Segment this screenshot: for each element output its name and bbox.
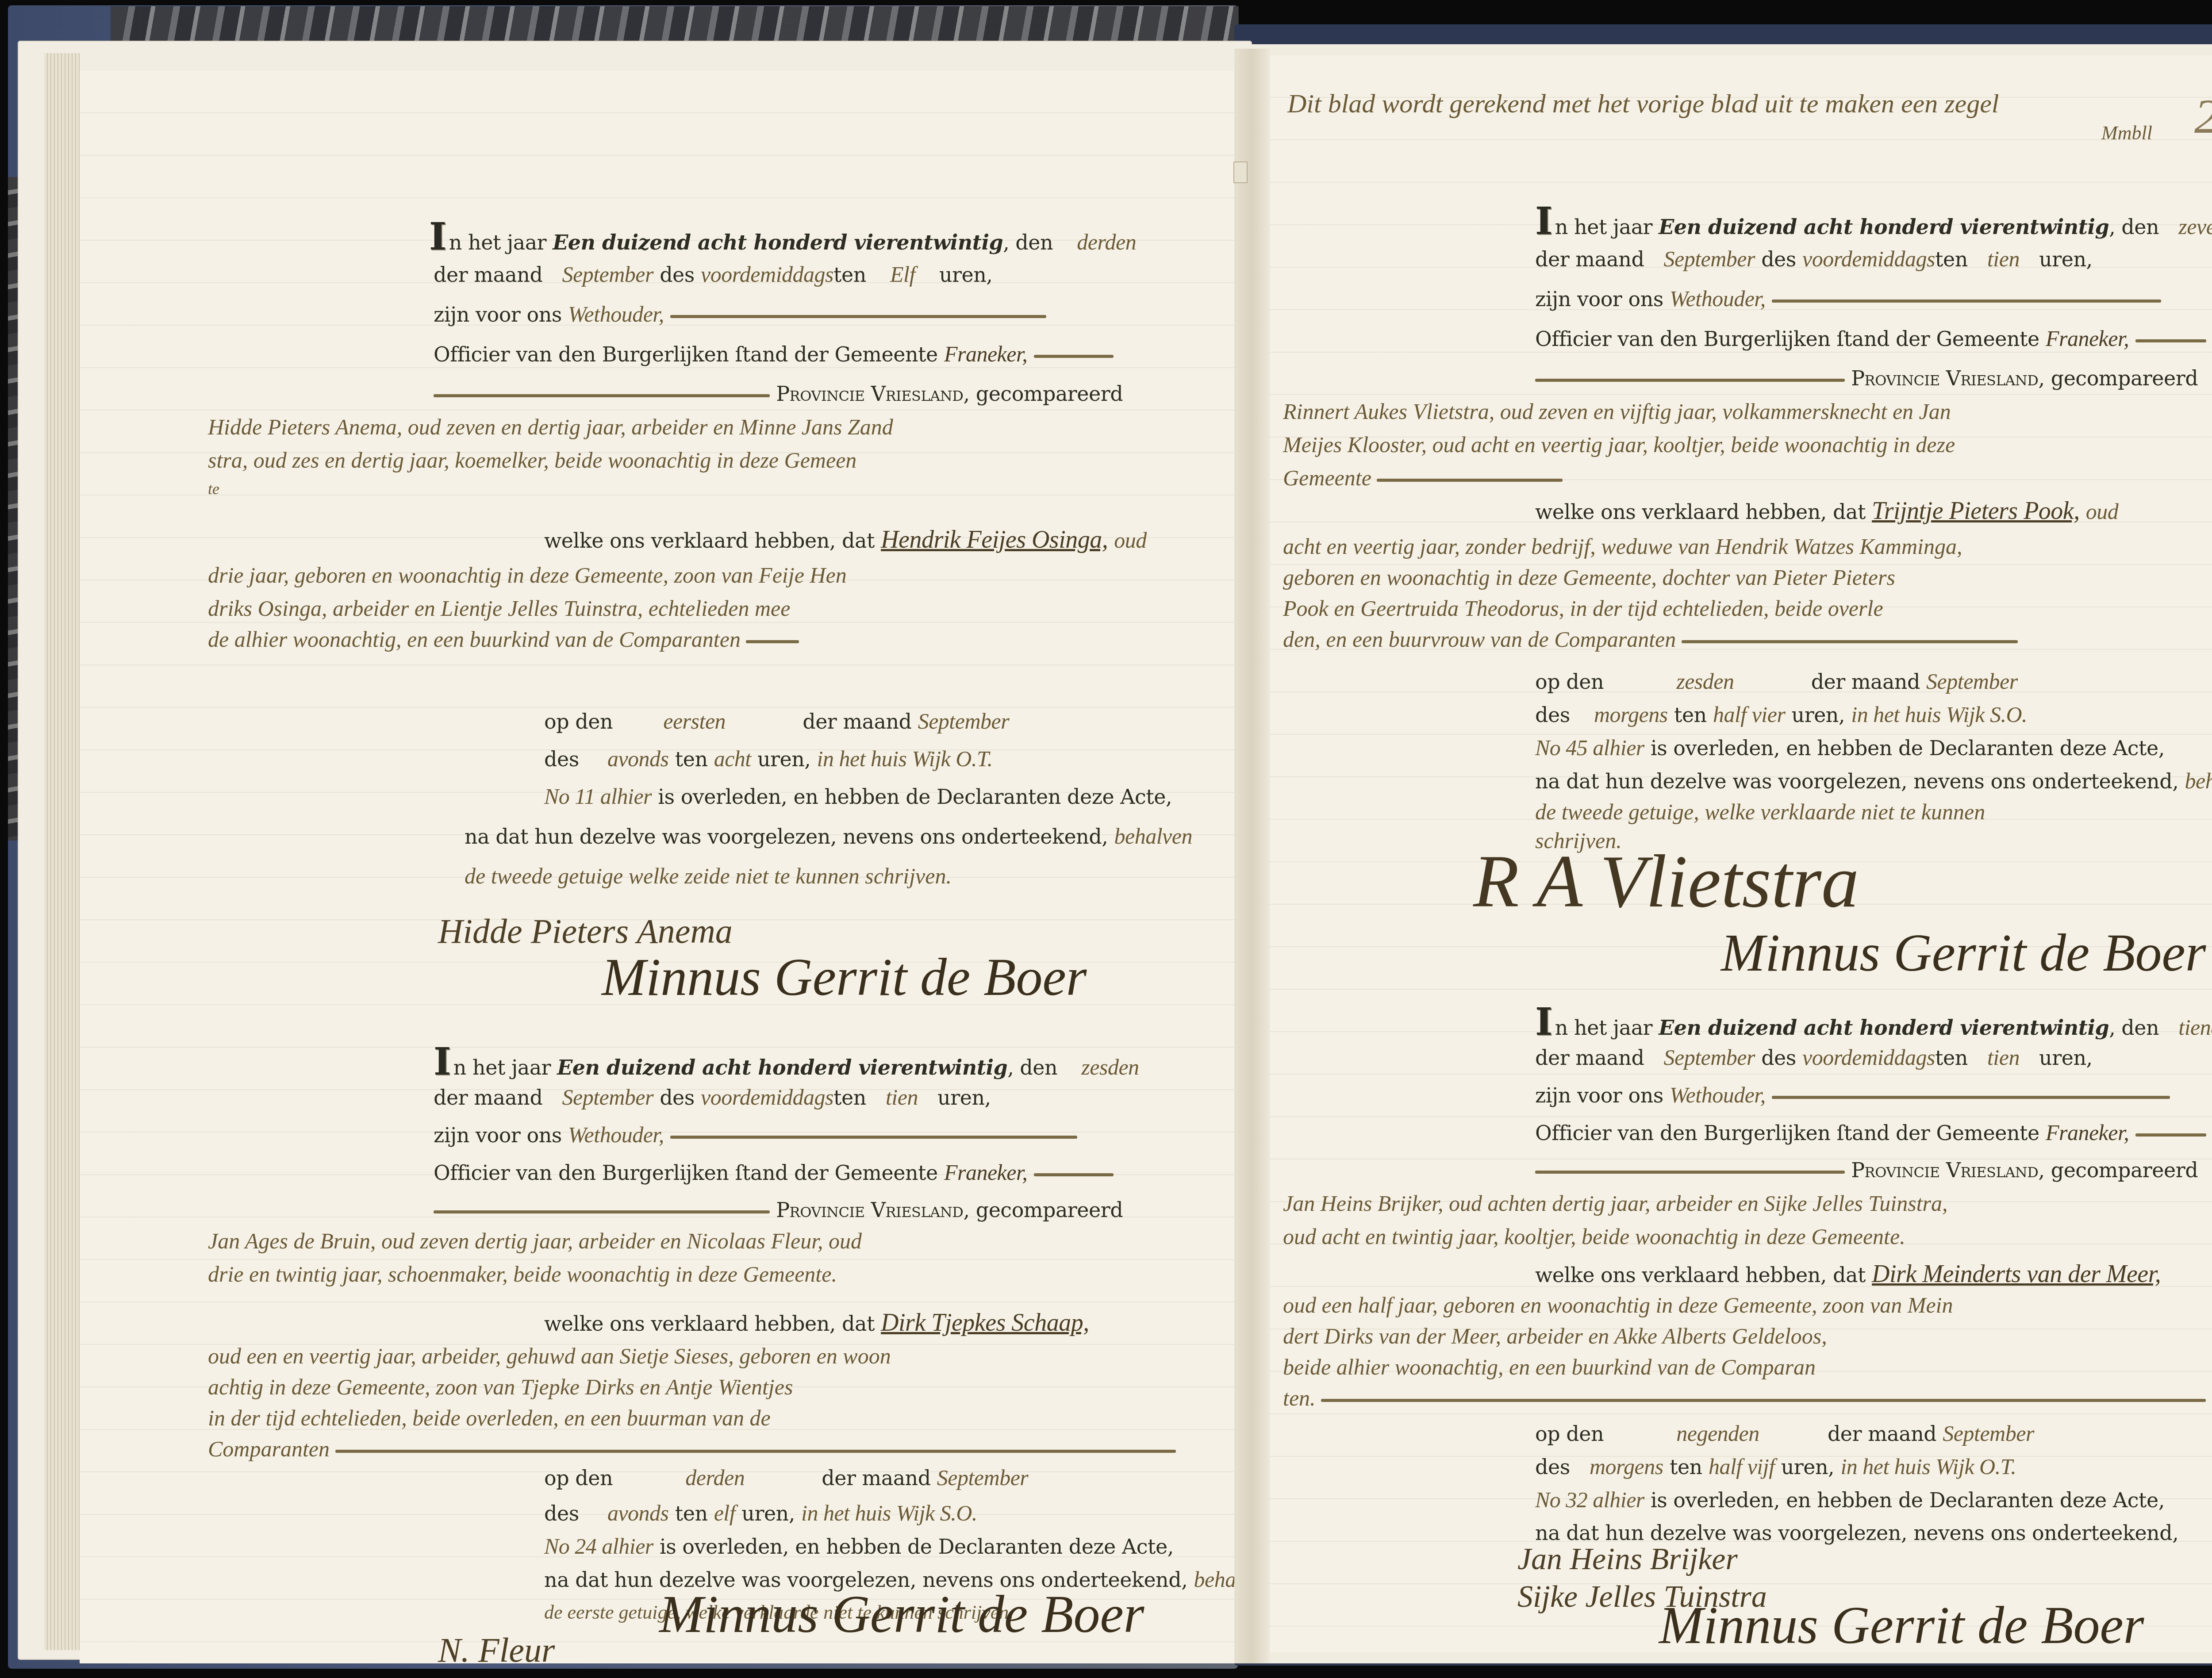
declarants-line: Gemeente: [1283, 465, 1563, 491]
printed-text: ten: [675, 747, 708, 771]
witness-signature: Jan Heins Brijker: [1517, 1542, 1738, 1577]
death-time-of-day: morgens: [1594, 702, 1668, 727]
official-title: Wethouder,: [568, 302, 664, 326]
official-signature: Minnus Gerrit de Boer: [1721, 922, 2206, 983]
death-place-line: No 24 alhier is overleden, en hebben de …: [544, 1533, 1174, 1560]
printed-text: welke ons verklaard hebben, dat: [544, 1312, 875, 1336]
death-place: in het huis Wijk S.O.: [801, 1501, 977, 1525]
printed-text: ten: [1935, 247, 1968, 271]
decorated-initial: I: [1535, 206, 1552, 237]
death-month: September: [937, 1465, 1029, 1490]
filler-rule: [670, 315, 1046, 318]
printed-text: uren,: [937, 1086, 991, 1110]
printed-text: na dat hun dezelve was voorgelezen, neve…: [1535, 769, 2178, 793]
death-time-of-day: avonds: [607, 1501, 669, 1525]
official-signature: Minnus Gerrit de Boer: [1659, 1595, 2144, 1656]
act-heading: In het jaar Een duizend acht honderd vie…: [1535, 206, 2212, 240]
left-page: In het jaar Een duizend acht honderd vie…: [80, 71, 1248, 1663]
printed-text: ten: [833, 263, 866, 287]
death-time-line: des avonds ten acht uren, in het huis Wi…: [544, 745, 993, 772]
deceased-detail: geboren en woonachtig in deze Gemeente, …: [1283, 564, 1895, 591]
deceased-detail: oud een half jaar, geboren en woonachtig…: [1283, 1292, 1953, 1318]
death-day: eersten: [663, 709, 726, 733]
printed-text: n het jaar: [453, 1056, 551, 1079]
printed-text: ten: [1670, 1455, 1702, 1479]
decorated-initial: I: [1535, 1006, 1552, 1037]
printed-text: ten: [675, 1501, 708, 1525]
printed-text: Officier van den Burgerlijken ſtand der …: [1535, 327, 2039, 351]
printed-text: zijn voor ons: [1535, 1083, 1663, 1107]
official-signature: Minnus Gerrit de Boer: [602, 947, 1087, 1008]
filler-rule: [1377, 479, 1563, 482]
death-place: in het huis Wijk O.T.: [1840, 1454, 2016, 1479]
deceased-name: Dirk Tjepkes Schaap,: [881, 1309, 1089, 1336]
official-line: zijn voor ons Wethouder,: [1535, 285, 2161, 312]
printed-text: ten: [1935, 1046, 1968, 1070]
deceased-detail: in der tijd echtelieden, beide overleden…: [208, 1405, 771, 1431]
year-phrase: Een duizend acht honderd vierentwintig: [1659, 215, 2109, 239]
province-name: Provincie Vriesland: [776, 382, 963, 406]
municipality-line: Officier van den Burgerlijken ſtand der …: [434, 1159, 1114, 1186]
death-place-number: No 11 alhier: [544, 784, 652, 809]
official-signature: Minnus Gerrit de Boer: [659, 1584, 1144, 1645]
province-name: Provincie Vriesland: [1851, 1158, 2038, 1182]
printed-text: uren,: [741, 1501, 795, 1525]
declarants-line: Rinnert Aukes Vlietstra, oud zeven en vi…: [1283, 398, 1951, 425]
filler-rule: [670, 1136, 1077, 1139]
deceased-detail-text: Comparanten: [208, 1436, 330, 1461]
printed-text: des: [660, 1086, 695, 1110]
printed-text: na dat hun dezelve was voorgelezen, neve…: [465, 825, 1108, 849]
printed-text: des: [1761, 1046, 1796, 1070]
filler-rule: [1535, 379, 1845, 382]
printed-text: der maand: [434, 263, 542, 287]
deceased-name: Trijntje Pieters Pook,: [1872, 497, 2080, 525]
official-title: Wethouder,: [568, 1122, 664, 1147]
death-hour: half vijf: [1709, 1454, 1775, 1479]
month-line: der maand September des voordemiddagsten…: [1535, 246, 2093, 273]
deceased-detail-text: den, en een buurvrouw van de Comparanten: [1283, 627, 1676, 652]
deceased-detail: oud: [2086, 499, 2119, 524]
printed-text: , gecompareerd: [963, 1198, 1123, 1222]
deceased-detail: drie jaar, geboren en woonachtig in deze…: [208, 562, 847, 588]
deceased-line: welke ons verklaard hebben, dat Dirk Mei…: [1535, 1261, 2161, 1288]
signature-exception-detail: de tweede getuige welke zeide niet te ku…: [465, 863, 952, 889]
printed-text: is overleden, en hebben de Declaranten d…: [1651, 1488, 2165, 1512]
signature-exception: behalven: [1114, 824, 1192, 849]
printed-text: n het jaar: [1555, 1016, 1652, 1040]
death-date-line: op den zesden der maand September: [1535, 668, 2018, 695]
registration-month: September: [1663, 246, 1755, 271]
filler-rule: [335, 1450, 1176, 1453]
printed-text: des: [544, 1501, 579, 1525]
filler-rule: [2135, 339, 2206, 342]
death-place-line: No 32 alhier is overleden, en hebben de …: [1535, 1486, 2165, 1513]
deceased-detail-text: de alhier woonachtig, en een buurkind va…: [208, 627, 741, 652]
printed-text: des: [660, 263, 695, 287]
printed-text: op den: [544, 1466, 613, 1490]
printed-text: des: [1535, 703, 1570, 727]
printed-text: welke ons verklaard hebben, dat: [1535, 1263, 1866, 1287]
printed-text: der maand: [1811, 670, 1920, 694]
printed-text: , gecompareerd: [963, 382, 1123, 406]
printed-text: is overleden, en hebben de Declaranten d…: [660, 1535, 1174, 1559]
margin-note-initials: Mmbll: [2101, 122, 2152, 144]
death-place: in het huis Wijk S.O.: [1851, 702, 2027, 727]
registration-month: September: [562, 262, 653, 287]
declarants-line: te: [208, 476, 219, 502]
month-line: der maand September des voordemiddagsten…: [434, 261, 993, 288]
death-hour: elf: [714, 1501, 735, 1525]
filler-rule: [434, 1210, 770, 1213]
municipality-line: Officier van den Burgerlijken ſtand der …: [1535, 1119, 2206, 1146]
deceased-detail: den, en een buurvrouw van de Comparanten: [1283, 626, 2018, 653]
witness-signature: Hidde Pieters Anema: [438, 911, 733, 951]
printed-text: zijn voor ons: [434, 1123, 562, 1147]
municipality: Franeker,: [944, 342, 1028, 366]
official-line: zijn voor ons Wethouder,: [1535, 1082, 2170, 1109]
printed-text: Officier van den Burgerlijken ſtand der …: [434, 1161, 938, 1185]
death-time-line: des morgens ten half vijf uren, in het h…: [1535, 1453, 2016, 1480]
printed-text: Officier van den Burgerlijken ſtand der …: [1535, 1121, 2039, 1145]
filler-rule: [2135, 1133, 2206, 1137]
witness-signature: N. Fleur: [438, 1630, 555, 1670]
registration-day: tienden: [2178, 1015, 2212, 1040]
decorated-initial: I: [429, 221, 446, 252]
death-place-line: No 11 alhier is overleden, en hebben de …: [544, 783, 1172, 810]
death-place-number: No 45 alhier: [1535, 735, 1644, 760]
printed-text: des: [1535, 1455, 1570, 1479]
filler-rule: [1682, 640, 2018, 643]
deceased-detail: ten.: [1283, 1385, 2206, 1411]
printed-text: is overleden, en hebben de Declaranten d…: [1651, 736, 2165, 760]
death-month: September: [1943, 1421, 2034, 1446]
filler-rule: [1772, 300, 2161, 303]
death-time-line: des morgens ten half vier uren, in het h…: [1535, 701, 2027, 728]
declarants-line: Hidde Pieters Anema, oud zeven en dertig…: [208, 414, 893, 440]
act-heading: In het jaar Een duizend acht honderd vie…: [429, 221, 1136, 256]
declarants-line: stra, oud zes en dertig jaar, koemelker,…: [208, 447, 856, 473]
printed-text: , gecompareerd: [2038, 366, 2198, 390]
read-aloud-line: na dat hun dezelve was voorgelezen, neve…: [1535, 768, 2212, 795]
printed-text: op den: [1535, 670, 1604, 694]
official-line: zijn voor ons Wethouder,: [434, 301, 1046, 328]
registration-hour: tien: [1987, 246, 2020, 271]
act-heading: In het jaar Een duizend acht honderd vie…: [434, 1046, 1139, 1081]
printed-text: der maand: [803, 710, 911, 733]
printed-text: op den: [544, 710, 613, 733]
printed-text: , den: [2109, 1016, 2159, 1040]
deceased-line: welke ons verklaard hebben, dat Trijntje…: [1535, 498, 2118, 525]
filler-rule: [434, 394, 770, 397]
death-day: zesden: [1676, 669, 1734, 694]
month-line: der maand September des voordemiddagsten…: [434, 1084, 991, 1111]
province-line: Provincie Vriesland, gecompareerd: [434, 1197, 1123, 1223]
year-phrase: Een duizend acht honderd vierentwintig: [1659, 1016, 2109, 1040]
declarants-line: Jan Heins Brijker, oud achten dertig jaa…: [1283, 1190, 1948, 1217]
death-place-line: No 45 alhier is overleden, en hebben de …: [1535, 734, 2165, 761]
registration-month: September: [1663, 1045, 1755, 1070]
printed-text: welke ons verklaard hebben, dat: [1535, 500, 1866, 524]
printed-text: ten: [1674, 703, 1707, 727]
deceased-line: welke ons verklaard hebben, dat Hendrik …: [544, 526, 1147, 554]
year-phrase: Een duizend acht honderd vierentwintig: [557, 1056, 1007, 1079]
death-place-number: No 24 alhier: [544, 1534, 653, 1559]
witness-signature: R A Vlietstra: [1473, 838, 1859, 925]
deceased-detail-text: ten.: [1283, 1386, 1316, 1410]
printed-text: der maand: [1535, 1046, 1644, 1070]
signature-exception: behalven: [2185, 768, 2212, 793]
deceased-detail: acht en veertig jaar, zonder bedrijf, we…: [1283, 533, 1962, 560]
read-aloud-line: na dat hun dezelve was voorgelezen, neve…: [465, 823, 1192, 850]
deceased-detail: oud: [1114, 528, 1147, 553]
printed-text: Officier van den Burgerlijken ſtand der …: [434, 342, 938, 366]
deceased-detail: oud een en veertig jaar, arbeider, gehuw…: [208, 1343, 891, 1369]
official-line: zijn voor ons Wethouder,: [434, 1121, 1077, 1148]
deceased-detail: beide alhier woonachtig, en een buurkind…: [1283, 1354, 1816, 1380]
year-phrase: Een duizend acht honderd vierentwintig: [553, 230, 1003, 254]
municipality-line: Officier van den Burgerlijken ſtand der …: [434, 341, 1114, 368]
declarants-line: oud acht en twintig jaar, kooltjer, beid…: [1283, 1223, 1905, 1250]
death-date-line: op den negenden der maand September: [1535, 1420, 2034, 1447]
death-hour: half vier: [1713, 702, 1786, 727]
book-gutter: [1234, 49, 1270, 1663]
filler-rule: [1321, 1399, 2206, 1402]
printed-text: der maand: [1828, 1422, 1936, 1446]
registration-time-of-day: voordemiddags: [701, 1085, 833, 1110]
printed-text: der maand: [434, 1086, 542, 1110]
printed-text: zijn voor ons: [434, 303, 562, 326]
printed-text: zijn voor ons: [1535, 287, 1663, 311]
folio-number: 26: [2194, 88, 2212, 145]
registration-hour: tien: [1987, 1045, 2020, 1070]
filler-rule: [1034, 355, 1114, 358]
printed-text: , den: [2109, 215, 2159, 239]
death-time-of-day: morgens: [1590, 1454, 1663, 1479]
deceased-detail: Pook en Geertruida Theodorus, in der tij…: [1283, 595, 1883, 622]
death-month: September: [1926, 669, 2018, 694]
printed-text: uren,: [2039, 1046, 2093, 1070]
printed-text: uren,: [1792, 703, 1845, 727]
right-page: Dit blad wordt gerekend met het vorige b…: [1270, 55, 2212, 1652]
municipality: Franeker,: [944, 1160, 1028, 1185]
printed-text: na dat hun dezelve was voorgelezen, neve…: [1535, 1521, 2178, 1545]
printed-text: uren,: [939, 263, 993, 287]
marbled-board-top: [111, 6, 1239, 44]
filler-rule: [1772, 1096, 2170, 1099]
printed-text: is overleden, en hebben de Declaranten d…: [658, 785, 1172, 809]
deceased-detail: driks Osinga, arbeider en Lientje Jelles…: [208, 595, 790, 622]
month-line: der maand September des voordemiddagsten…: [1535, 1044, 2093, 1071]
registration-day: derden: [1077, 230, 1136, 254]
printed-text: n het jaar: [449, 230, 546, 254]
declarants-line: drie en twintig jaar, schoenmaker, beide…: [208, 1261, 837, 1287]
registration-time-of-day: voordemiddags: [1802, 246, 1935, 271]
deceased-line: welke ons verklaard hebben, dat Dirk Tje…: [544, 1309, 1089, 1337]
municipality: Franeker,: [2046, 326, 2129, 351]
declarants-line: Jan Ages de Bruin, oud zeven dertig jaar…: [208, 1228, 862, 1254]
deceased-name: Dirk Meinderts van der Meer,: [1872, 1260, 2161, 1288]
death-act-left-top: In het jaar Een duizend acht honderd vie…: [80, 71, 1248, 823]
printed-text: , gecompareerd: [2038, 1158, 2198, 1182]
death-day: negenden: [1676, 1421, 1759, 1446]
province-line: Provincie Vriesland, gecompareerd: [1535, 1157, 2198, 1183]
deceased-name: Hendrik Feijes Osinga,: [881, 526, 1108, 553]
page-edges-left: [44, 53, 80, 1650]
official-title: Wethouder,: [1670, 1083, 1766, 1107]
deceased-detail: Comparanten: [208, 1436, 1176, 1462]
printed-text: welke ons verklaard hebben, dat: [544, 529, 875, 553]
printed-text: n het jaar: [1555, 215, 1652, 239]
printed-text: uren,: [1781, 1455, 1835, 1479]
death-date-line: op den eersten der maand September: [544, 708, 1009, 735]
filler-rule: [1535, 1171, 1845, 1174]
filler-rule: [746, 640, 799, 643]
death-date-line: op den derden der maand September: [544, 1464, 1028, 1491]
registration-hour: Elf: [890, 262, 915, 287]
province-name: Provincie Vriesland: [776, 1198, 963, 1222]
margin-note: Dit blad wordt gerekend met het vorige b…: [1287, 88, 1999, 119]
death-month: September: [918, 709, 1010, 733]
filler-rule: [1034, 1173, 1114, 1176]
province-line: Provincie Vriesland, gecompareerd: [1535, 365, 2198, 392]
deceased-detail: dert Dirks van der Meer, arbeider en Akk…: [1283, 1323, 1827, 1349]
printed-text: op den: [1535, 1422, 1604, 1446]
province-name: Provincie Vriesland: [1851, 366, 2038, 390]
death-place-number: No 32 alhier: [1535, 1487, 1644, 1512]
death-day: derden: [685, 1465, 745, 1490]
deceased-detail: de alhier woonachtig, en een buurkind va…: [208, 626, 799, 653]
signature-exception-detail: de tweede getuige, welke verklaarde niet…: [1535, 799, 1985, 825]
printed-text: der maand: [822, 1466, 930, 1490]
registration-day: zesden: [1081, 1055, 1139, 1079]
printed-text: uren,: [757, 747, 811, 771]
decorated-initial: I: [434, 1046, 451, 1077]
declarants-line: Meijes Klooster, oud acht en veertig jaa…: [1283, 431, 1955, 458]
printed-text: uren,: [2039, 247, 2093, 271]
registration-time-of-day: voordemiddags: [701, 262, 833, 287]
printed-text: , den: [1007, 1056, 1057, 1079]
deceased-detail: achtig in deze Gemeente, zoon van Tjepke…: [208, 1374, 793, 1400]
province-line: Provincie Vriesland, gecompareerd: [434, 380, 1123, 407]
municipality: Franeker,: [2046, 1120, 2129, 1145]
municipality-line: Officier van den Burgerlijken ſtand der …: [1535, 325, 2206, 352]
binding-thread: [1233, 161, 1248, 183]
printed-text: ten: [833, 1086, 866, 1110]
death-time-line: des avonds ten elf uren, in het huis Wij…: [544, 1500, 977, 1527]
printed-text: , den: [1003, 230, 1053, 254]
registration-time-of-day: voordemiddags: [1802, 1045, 1935, 1070]
printed-text: des: [544, 747, 579, 771]
death-hour: acht: [714, 746, 751, 771]
printed-text: der maand: [1535, 247, 1644, 271]
declarants-line-text: Gemeente: [1283, 465, 1371, 490]
act-heading: In het jaar Een duizend acht honderd vie…: [1535, 1006, 2212, 1041]
death-time-of-day: avonds: [607, 746, 669, 771]
registration-day: zevenden: [2178, 214, 2212, 239]
registration-hour: tien: [886, 1085, 918, 1110]
registration-month: September: [562, 1085, 653, 1110]
death-place: in het huis Wijk O.T.: [817, 746, 993, 771]
official-title: Wethouder,: [1670, 286, 1766, 311]
printed-text: des: [1761, 247, 1796, 271]
